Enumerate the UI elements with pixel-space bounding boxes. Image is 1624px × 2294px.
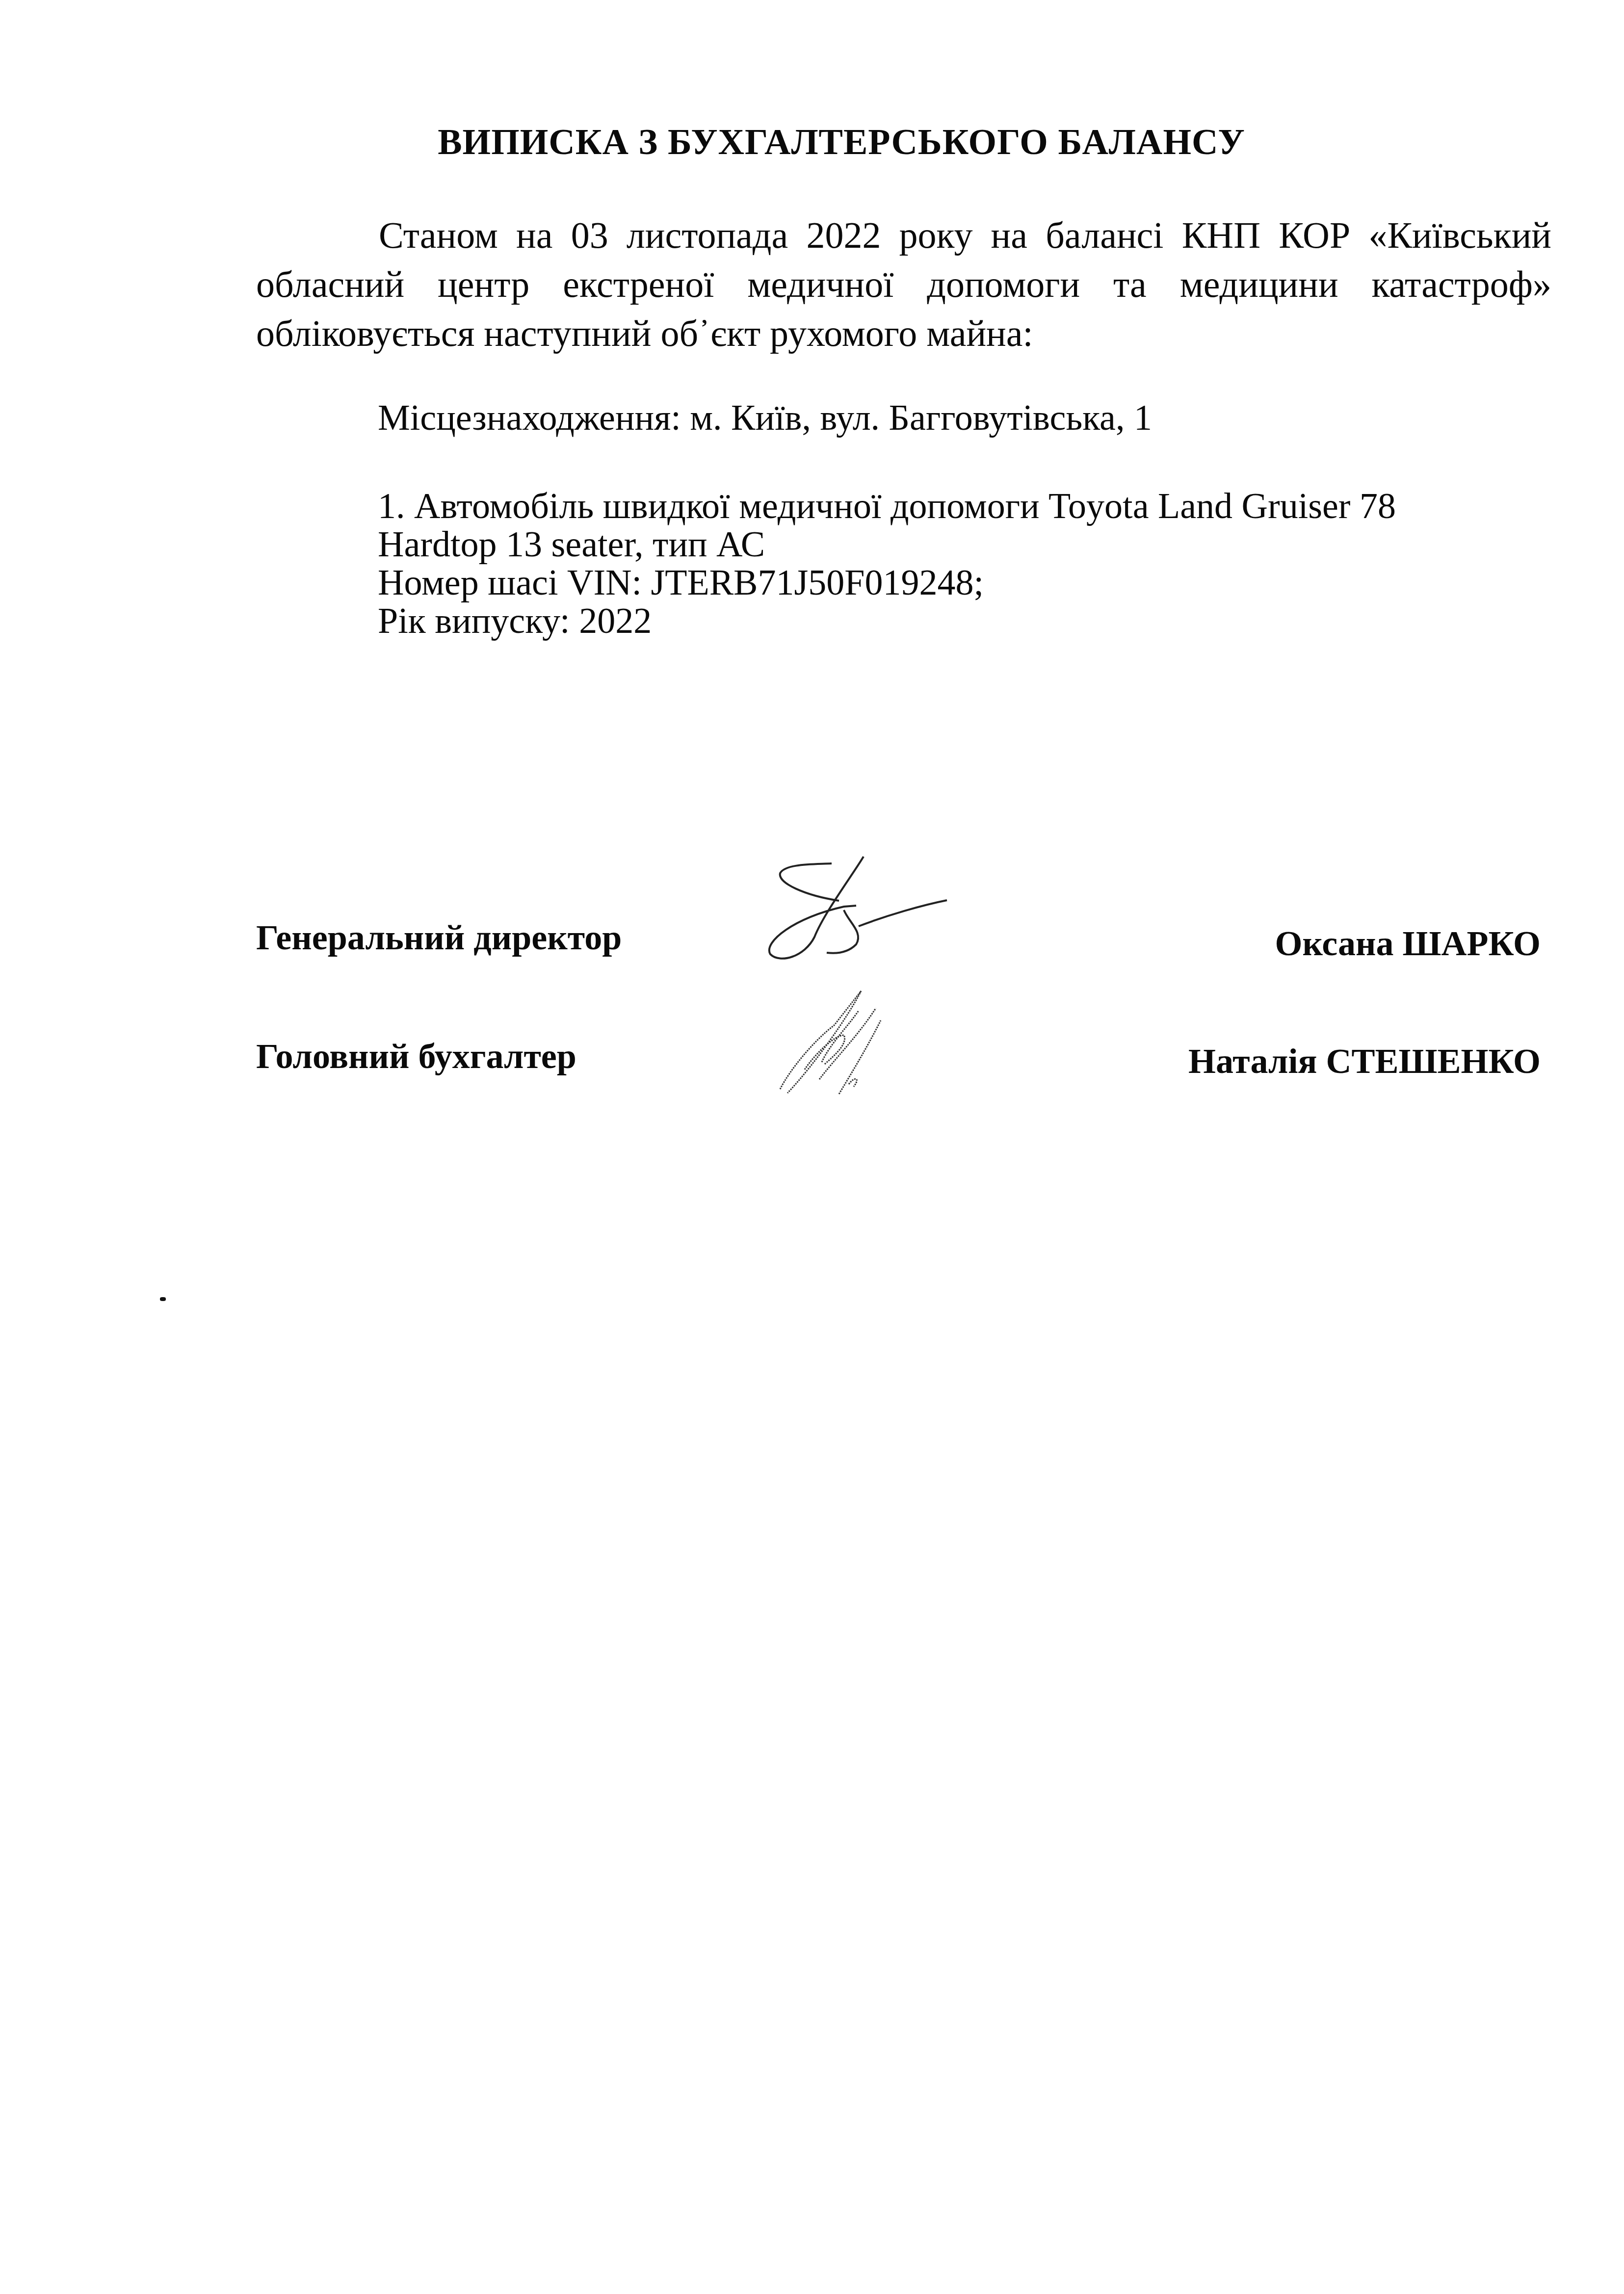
document-title: ВИПИСКА З БУХГАЛТЕРСЬКОГО БАЛАНСУ [0,122,1624,163]
signatory-name-director: Оксана ШАРКО [1275,923,1541,964]
scan-speck [160,1297,166,1301]
accountant-signature-icon [775,981,903,1128]
location-line: Місцезнаходження: м. Київ, вул. Багговут… [378,397,1152,439]
vin-line: Номер шасі VIN: JTERB71J50F019248; [378,562,984,604]
signatory-role-accountant: Головний бухгалтер [256,1036,576,1077]
year-line: Рік випуску: 2022 [378,600,652,642]
item-line-1: 1. Автомобіль швидкої медичної допомоги … [378,486,1396,527]
intro-line-2: обласний центр екстреної медичної допомо… [256,260,1551,309]
signatory-role-director: Генеральний директор [256,917,622,958]
intro-line-3: обліковується наступний об᾽єкт рухомого … [256,309,1551,358]
signatory-name-accountant: Наталія СТЕШЕНКО [1188,1041,1541,1082]
intro-line-1: Станом на 03 листопада 2022 року на бала… [256,211,1551,260]
intro-paragraph: Станом на 03 листопада 2022 року на бала… [256,211,1551,358]
director-signature-icon [765,854,962,971]
item-line-2: Hardtop 13 seater, тип АС [378,524,765,566]
